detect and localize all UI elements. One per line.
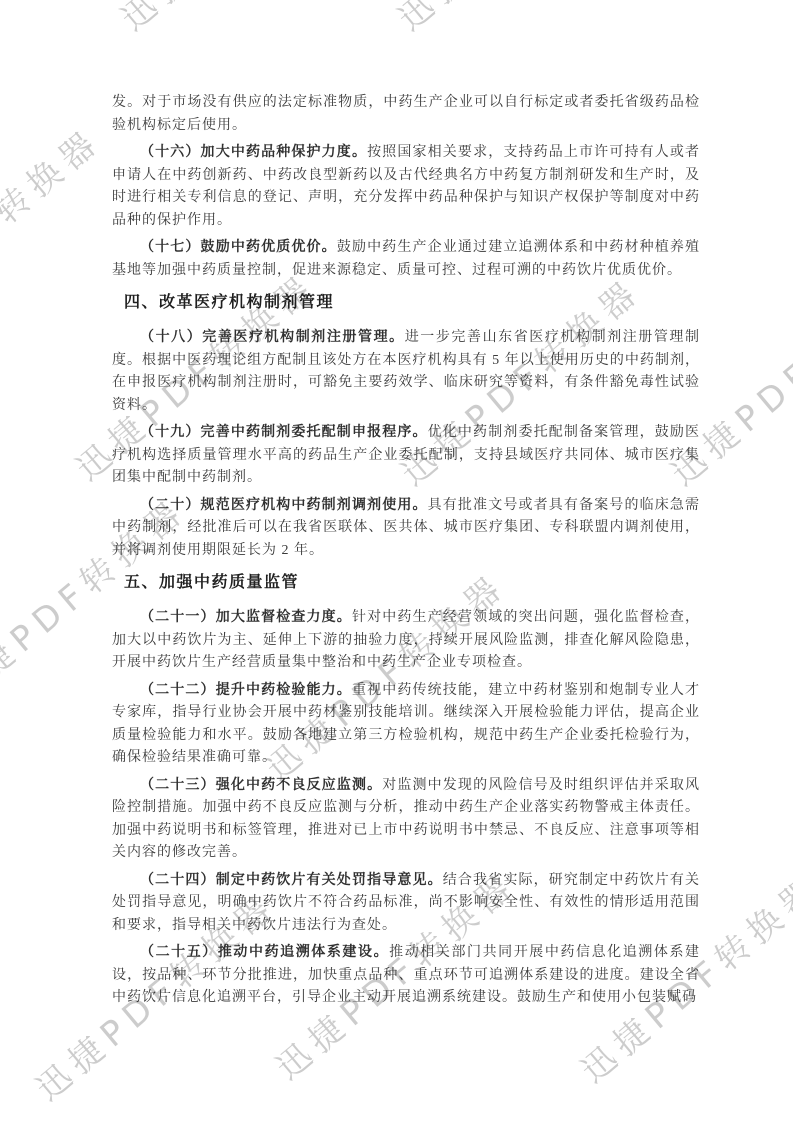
document-content: 发。对于市场没有供应的法定标准物质，中药生产企业可以自行标定或者委托省级药品检验… [0,0,793,1010]
paragraph-item-23: （二十三）强化中药不良反应监测。对监测中发现的风险信号及时组织评估并采取风险控制… [112,775,700,865]
paragraph-item-17: （十七）鼓励中药优质优价。鼓励中药生产企业通过建立追溯体系和中药材种植养殖基地等… [112,237,700,282]
paragraph-text: 发。对于市场没有供应的法定标准物质，中药生产企业可以自行标定或者委托省级药品检验… [112,95,700,133]
paragraph-item-20: （二十）规范医疗机构中药制剂调剂使用。具有批准文号或者具有备案号的临床急需中药制… [112,495,700,563]
section-item-lead: （十八）完善医疗机构制剂注册管理。 [140,330,405,345]
section-item-lead: （二十五）推动中药追溯体系建设。 [140,945,389,960]
section-item-lead: （二十四）制定中药饮片有关处罚指导意见。 [140,873,443,888]
paragraph-continuation: 发。对于市场没有供应的法定标准物质，中药生产企业可以自行标定或者委托省级药品检验… [112,92,700,137]
paragraph-item-19: （十九）完善中药制剂委托配制申报程序。优化中药制剂委托配制备案管理，鼓励医疗机构… [112,422,700,490]
section-item-lead: （二十二）提升中药检验能力。 [140,683,352,698]
section-item-lead: （十七）鼓励中药优质优价。 [140,240,337,255]
section-heading-4: 四、改革医疗机构制剂管理 [124,290,700,313]
section-item-lead: （二十）规范医疗机构中药制剂调剂使用。 [140,498,428,513]
paragraph-item-16: （十六）加大中药品种保护力度。按照国家相关要求，支持药品上市许可持有人或者申请人… [112,142,700,232]
paragraph-item-24: （二十四）制定中药饮片有关处罚指导意见。结合我省实际，研究制定中药饮片有关处罚指… [112,870,700,938]
section-heading-5: 五、加强中药质量监管 [124,570,700,593]
section-item-lead: （十六）加大中药品种保护力度。 [140,145,367,160]
paragraph-item-18: （十八）完善医疗机构制剂注册管理。进一步完善山东省医疗机构制剂注册管理制度。根据… [112,327,700,417]
paragraph-item-21: （二十一）加大监督检查力度。针对中药生产经营领域的突出问题，强化监督检查，加大以… [112,607,700,675]
document-page: 迅捷PDF转换器迅捷PDF转换器迅捷PDF转换器迅捷PDF转换器迅捷PDF转换器… [0,0,793,1122]
section-item-lead: （十九）完善中药制剂委托配制申报程序。 [140,425,428,440]
paragraph-item-22: （二十二）提升中药检验能力。重视中药传统技能，建立中药材鉴别和炮制专业人才专家库… [112,680,700,770]
paragraph-item-25: （二十五）推动中药追溯体系建设。推动相关部门共同开展中药信息化追溯体系建设，按品… [112,942,700,1010]
section-item-lead: （二十一）加大监督检查力度。 [140,610,352,625]
section-item-lead: （二十三）强化中药不良反应监测。 [140,778,382,793]
